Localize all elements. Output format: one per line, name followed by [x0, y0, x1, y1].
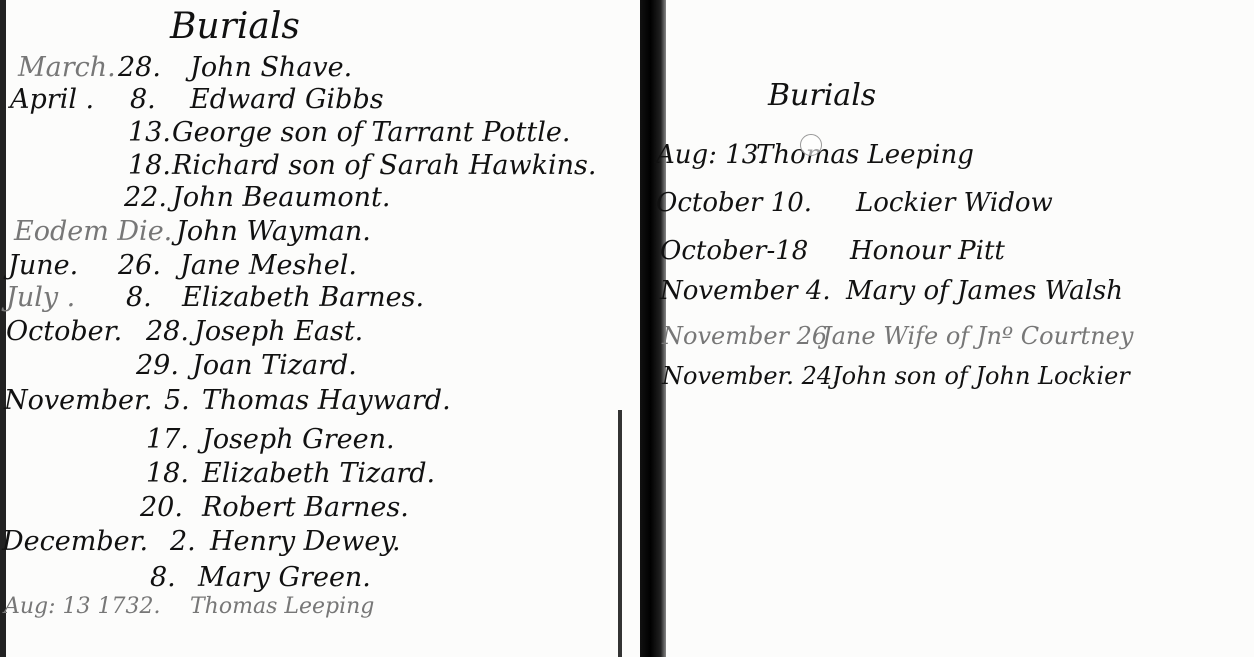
burial-entry: October-18Honour Pitt	[660, 236, 1005, 266]
burial-entry: 18.Richard son of Sarah Hawkins.	[128, 150, 596, 181]
burial-entry: November.5.Thomas Hayward.	[4, 385, 451, 416]
burial-entry: 29.Joan Tizard.	[136, 350, 357, 381]
burial-entry: December.2.Henry Dewey.	[2, 526, 401, 557]
right-page-title: Burials	[768, 78, 876, 113]
burial-entry: March.28.John Shave.	[18, 52, 352, 83]
burial-entry: 18.Elizabeth Tizard.	[146, 458, 435, 489]
burial-entry: 20.Robert Barnes.	[140, 492, 409, 523]
burial-entry: November. 24.John son of John Lockier	[662, 362, 1130, 390]
page-fold	[618, 410, 622, 657]
burial-entry: 22.John Beaumont.	[124, 182, 390, 213]
burial-entry: November 4.Mary of James Walsh	[660, 276, 1123, 306]
burial-entry: November 26Jane Wife of Jnº Courtney	[662, 322, 1133, 350]
burial-entry: July .8.Elizabeth Barnes.	[6, 282, 424, 313]
burial-entry: October.28.Joseph East.	[6, 316, 363, 347]
burial-entry-duplicate: Aug: 13 1732.Thomas Leeping	[4, 594, 374, 619]
burial-entry: 13.George son of Tarrant Pottle.	[128, 117, 570, 148]
mouse-cursor-indicator	[800, 134, 822, 156]
burial-entry: April .8.Edward Gibbs	[10, 84, 384, 115]
left-page-title: Burials	[170, 6, 300, 47]
burial-entry: October 10.Lockier Widow	[656, 188, 1053, 218]
burial-entry: Eodem Die.John Wayman.	[14, 216, 371, 247]
burial-entry: 8.Mary Green.	[150, 562, 371, 593]
burial-entry: 17.Joseph Green.	[146, 424, 395, 455]
burial-entry: June.26.Jane Meshel.	[8, 250, 357, 281]
